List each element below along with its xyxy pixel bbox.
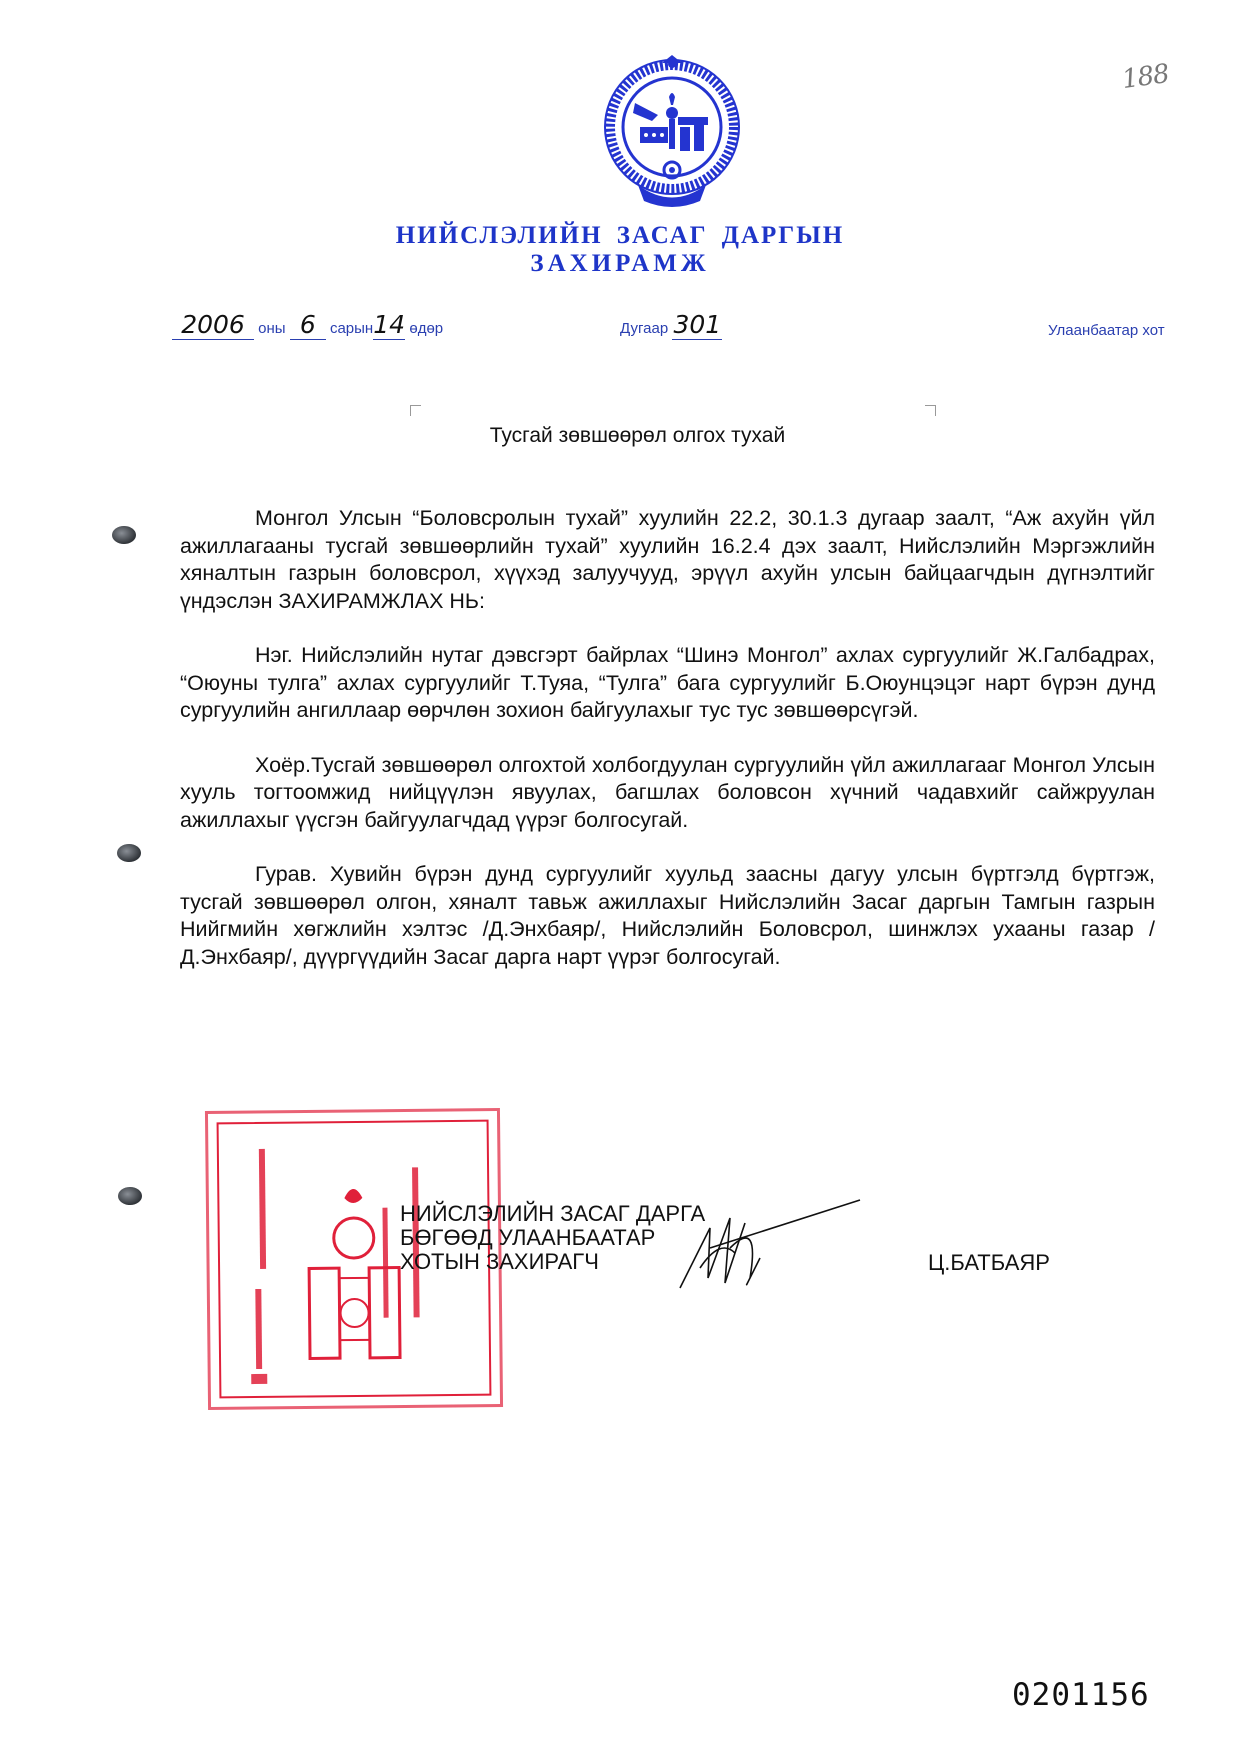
date-field: 2006 оны 6 сарын14 өдөр [172,310,443,340]
punch-hole [117,844,141,862]
subject-title: Тусгай зөвшөөрөл олгох тухай [0,424,1240,448]
subject-bracket-right [925,405,936,416]
number-value: 301 [672,310,722,340]
subject-bracket-left [410,405,421,416]
state-emblem-icon [600,55,745,213]
signatory-title: НИЙСЛЭЛИЙН ЗАСАГ ДАРГА БӨГӨӨД УЛААНБААТА… [400,1202,705,1274]
month-label: сарын [330,320,373,337]
paragraph-two: Хоёр.Тусгай зөвшөөрөл олгохтой холбогдуу… [180,752,1155,835]
year-value: 2006 [172,310,254,340]
header-subtitle: ЗАХИРАМЖ [0,250,1240,278]
serial-number: 0201156 [1012,1677,1150,1713]
signatory-title-line: БӨГӨӨД УЛААНБААТАР [400,1226,705,1250]
handwritten-signature-icon [670,1188,870,1308]
document-body: Монгол Улсын “Боловсролын тухай” хуулийн… [180,505,1155,998]
month-value: 6 [290,310,326,340]
meta-row: 2006 оны 6 сарын14 өдөр Дугаар 301 Улаан… [0,310,1240,346]
paragraph-one: Нэг. Нийслэлийн нутаг дэвсгэрт байрлах “… [180,642,1155,725]
page-number: 188 [1120,59,1170,95]
punch-hole [112,526,136,544]
document-number-field: Дугаар 301 [620,310,722,340]
year-label: оны [258,320,285,337]
number-label: Дугаар [620,320,668,337]
header-title: НИЙСЛЭЛИЙН ЗАСАГ ДАРГЫН [0,222,1240,250]
signatory-name: Ц.БАТБАЯР [928,1250,1050,1276]
paragraph-three: Гурав. Хувийн бүрэн дунд сургуулийг хуул… [180,861,1155,971]
signatory-title-line: ХОТЫН ЗАХИРАГЧ [400,1250,705,1274]
city-label: Улаанбаатар хот [1048,322,1165,339]
signatory-title-line: НИЙСЛЭЛИЙН ЗАСАГ ДАРГА [400,1202,705,1226]
punch-hole [118,1187,142,1205]
paragraph-preamble: Монгол Улсын “Боловсролын тухай” хуулийн… [180,505,1155,615]
day-value: 14 [373,310,405,340]
day-label: өдөр [409,320,443,337]
